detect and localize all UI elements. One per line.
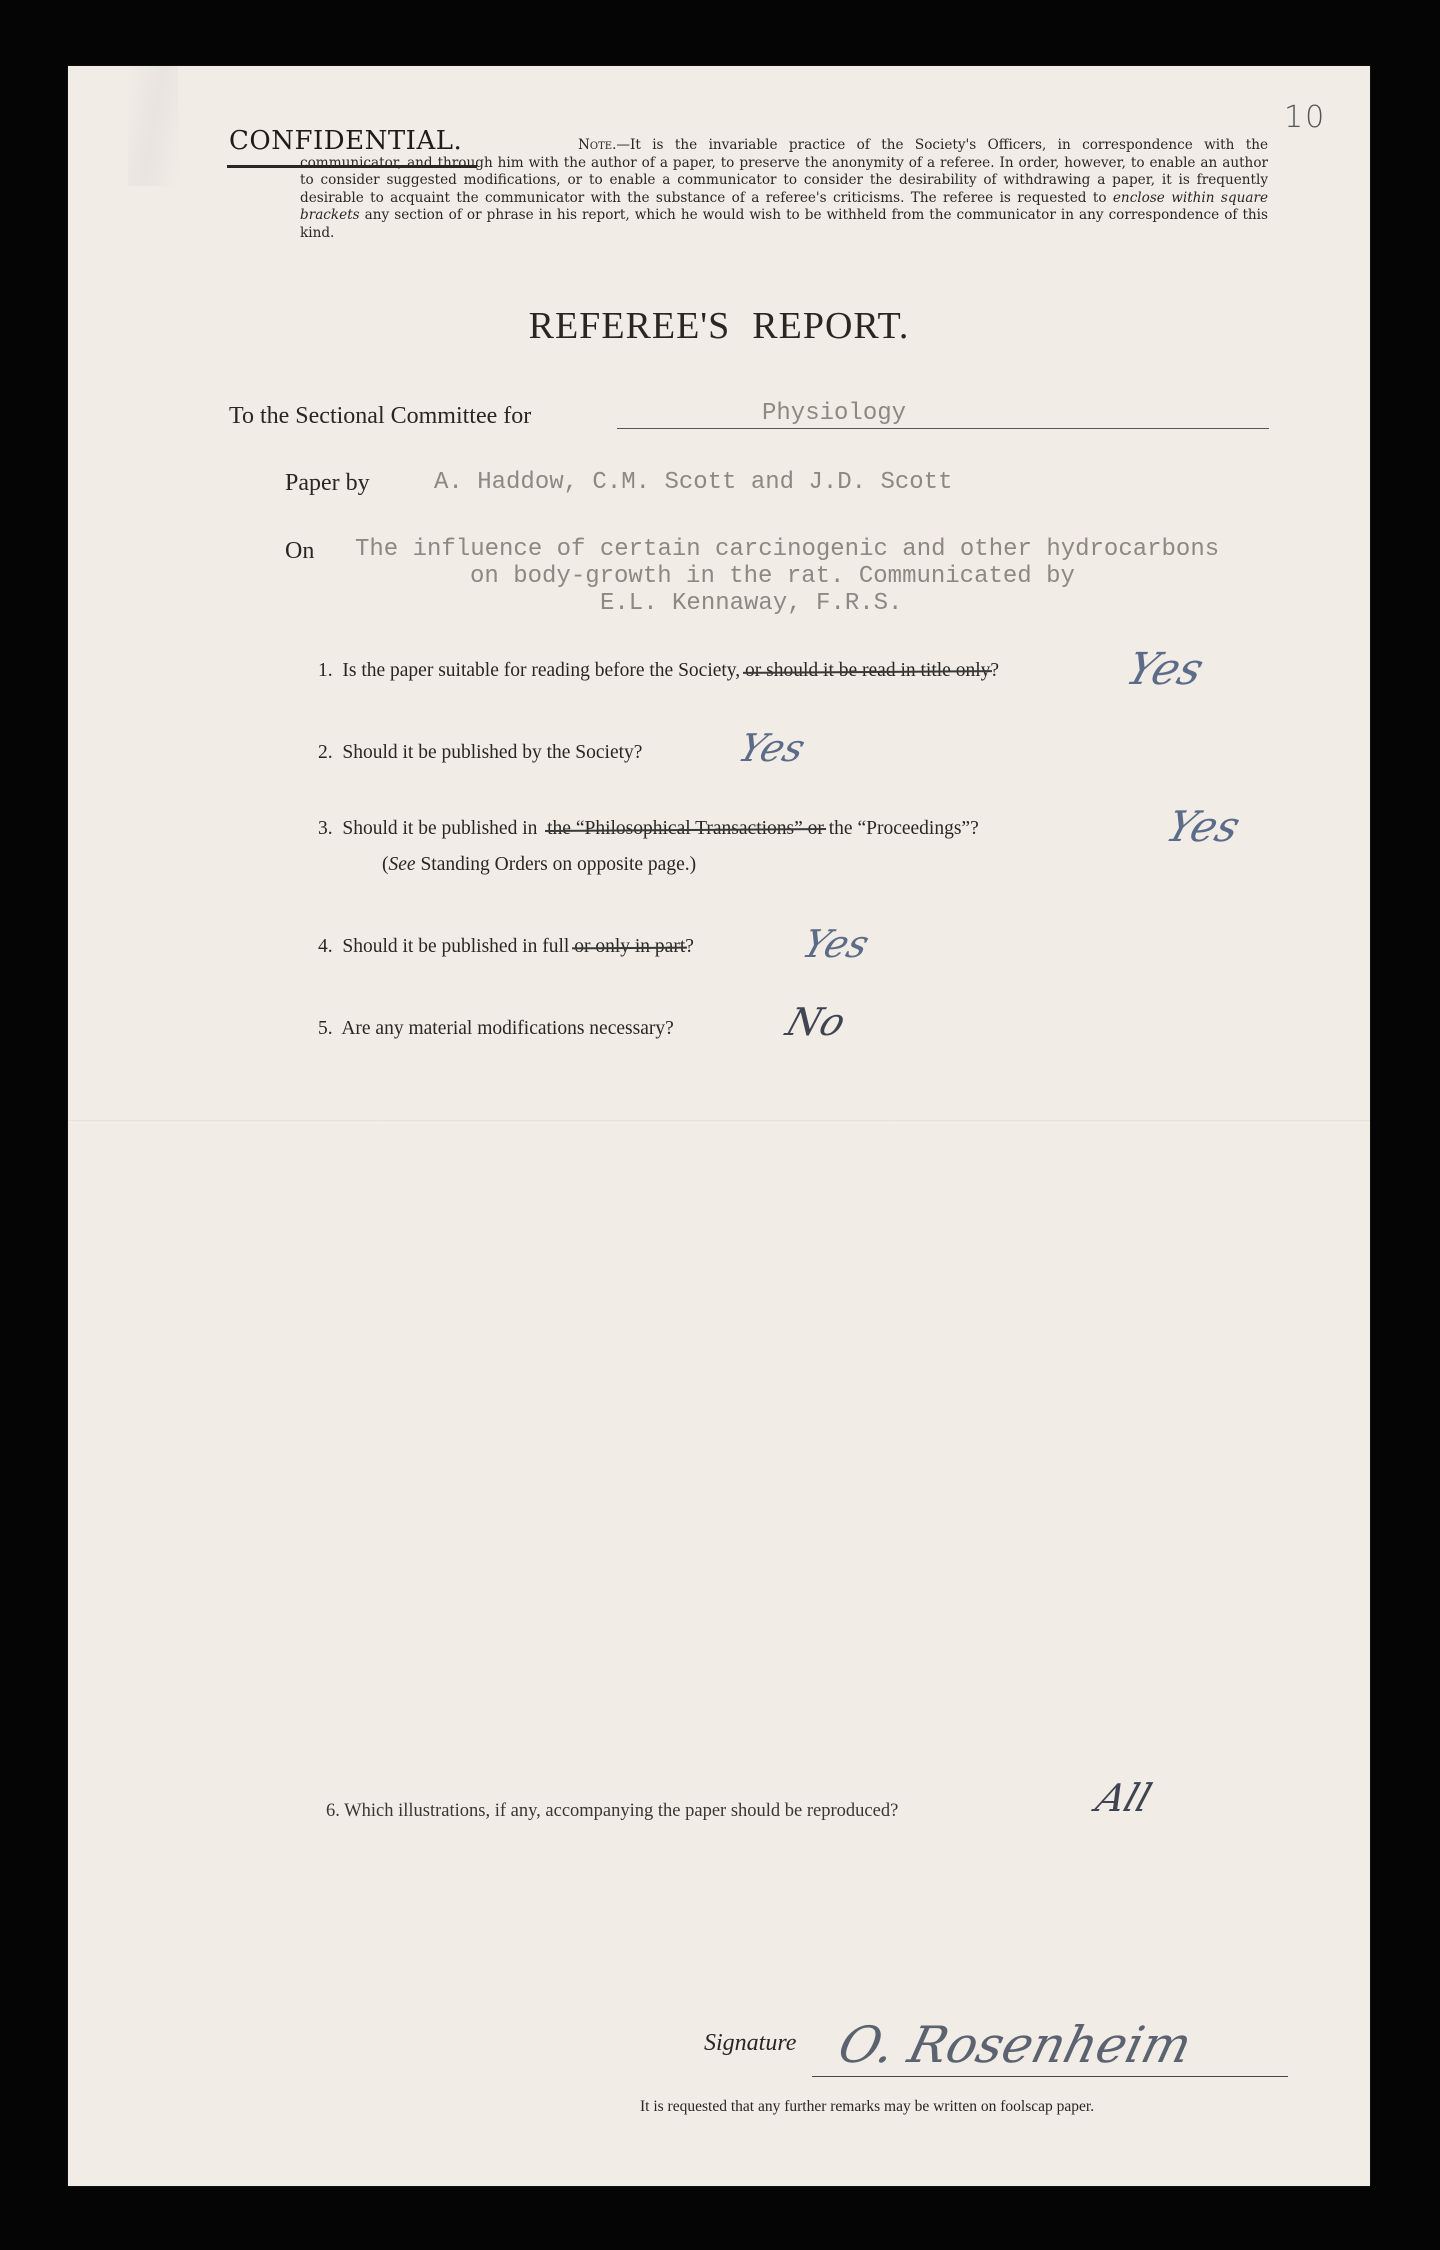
footer-note: It is requested that any further remarks… — [640, 2098, 1094, 2116]
paper-title-line-1: The influence of certain carcinogenic an… — [355, 536, 1219, 563]
answer-1-handwritten: Yes — [1120, 644, 1210, 695]
referee-report-sheet: 10 CONFIDENTIAL. Note.—It is the invaria… — [68, 66, 1370, 2186]
question-1: 1. Is the paper suitable for reading bef… — [318, 660, 999, 682]
signature-line — [812, 2076, 1288, 2077]
note-text-2: any section of or phrase in his report, … — [300, 207, 1268, 241]
paper-fold-line — [68, 1120, 1370, 1123]
struck-text: or only in part — [574, 936, 685, 957]
page-title: REFEREE'SREPORT. — [68, 304, 1370, 348]
page-number: 10 — [1284, 100, 1326, 135]
note-lead: Note. — [578, 137, 616, 153]
answer-6-handwritten: All — [1091, 1776, 1157, 1820]
answer-4-handwritten: Yes — [797, 922, 875, 966]
question-5: 5. Are any material modifications necess… — [318, 1018, 674, 1040]
question-3-note: (See Standing Orders on opposite page.) — [382, 854, 696, 876]
struck-text: the “Philosophical Transactions” or — [547, 818, 824, 839]
paper-authors: A. Haddow, C.M. Scott and J.D. Scott — [434, 469, 952, 496]
committee-label: To the Sectional Committee for — [229, 403, 531, 430]
answer-5-handwritten: No — [781, 1000, 851, 1044]
committee-underline — [617, 428, 1269, 429]
answer-3-handwritten: Yes — [1160, 802, 1246, 851]
signature-label: Signature — [704, 2030, 796, 2057]
referee-signature: O. Rosenheim — [833, 2016, 1198, 2074]
paper-on-label: On — [285, 538, 314, 565]
struck-text: or should it be read in title only — [745, 660, 990, 681]
question-6: 6. Which illustrations, if any, accompan… — [326, 1801, 898, 1822]
paper-by-label: Paper by — [285, 470, 370, 497]
paper-title-line-2: on body-growth in the rat. Communicated … — [470, 563, 1075, 590]
committee-value: Physiology — [762, 400, 906, 427]
paper-title-line-3: E.L. Kennaway, F.R.S. — [600, 590, 902, 617]
question-2: 2. Should it be published by the Society… — [318, 742, 642, 764]
question-4: 4. Should it be published in full or onl… — [318, 936, 694, 958]
answer-2-handwritten: Yes — [733, 726, 811, 770]
confidentiality-note: Note.—It is the invariable practice of t… — [300, 137, 1268, 243]
question-3: 3. Should it be published in the “Philos… — [318, 818, 979, 840]
